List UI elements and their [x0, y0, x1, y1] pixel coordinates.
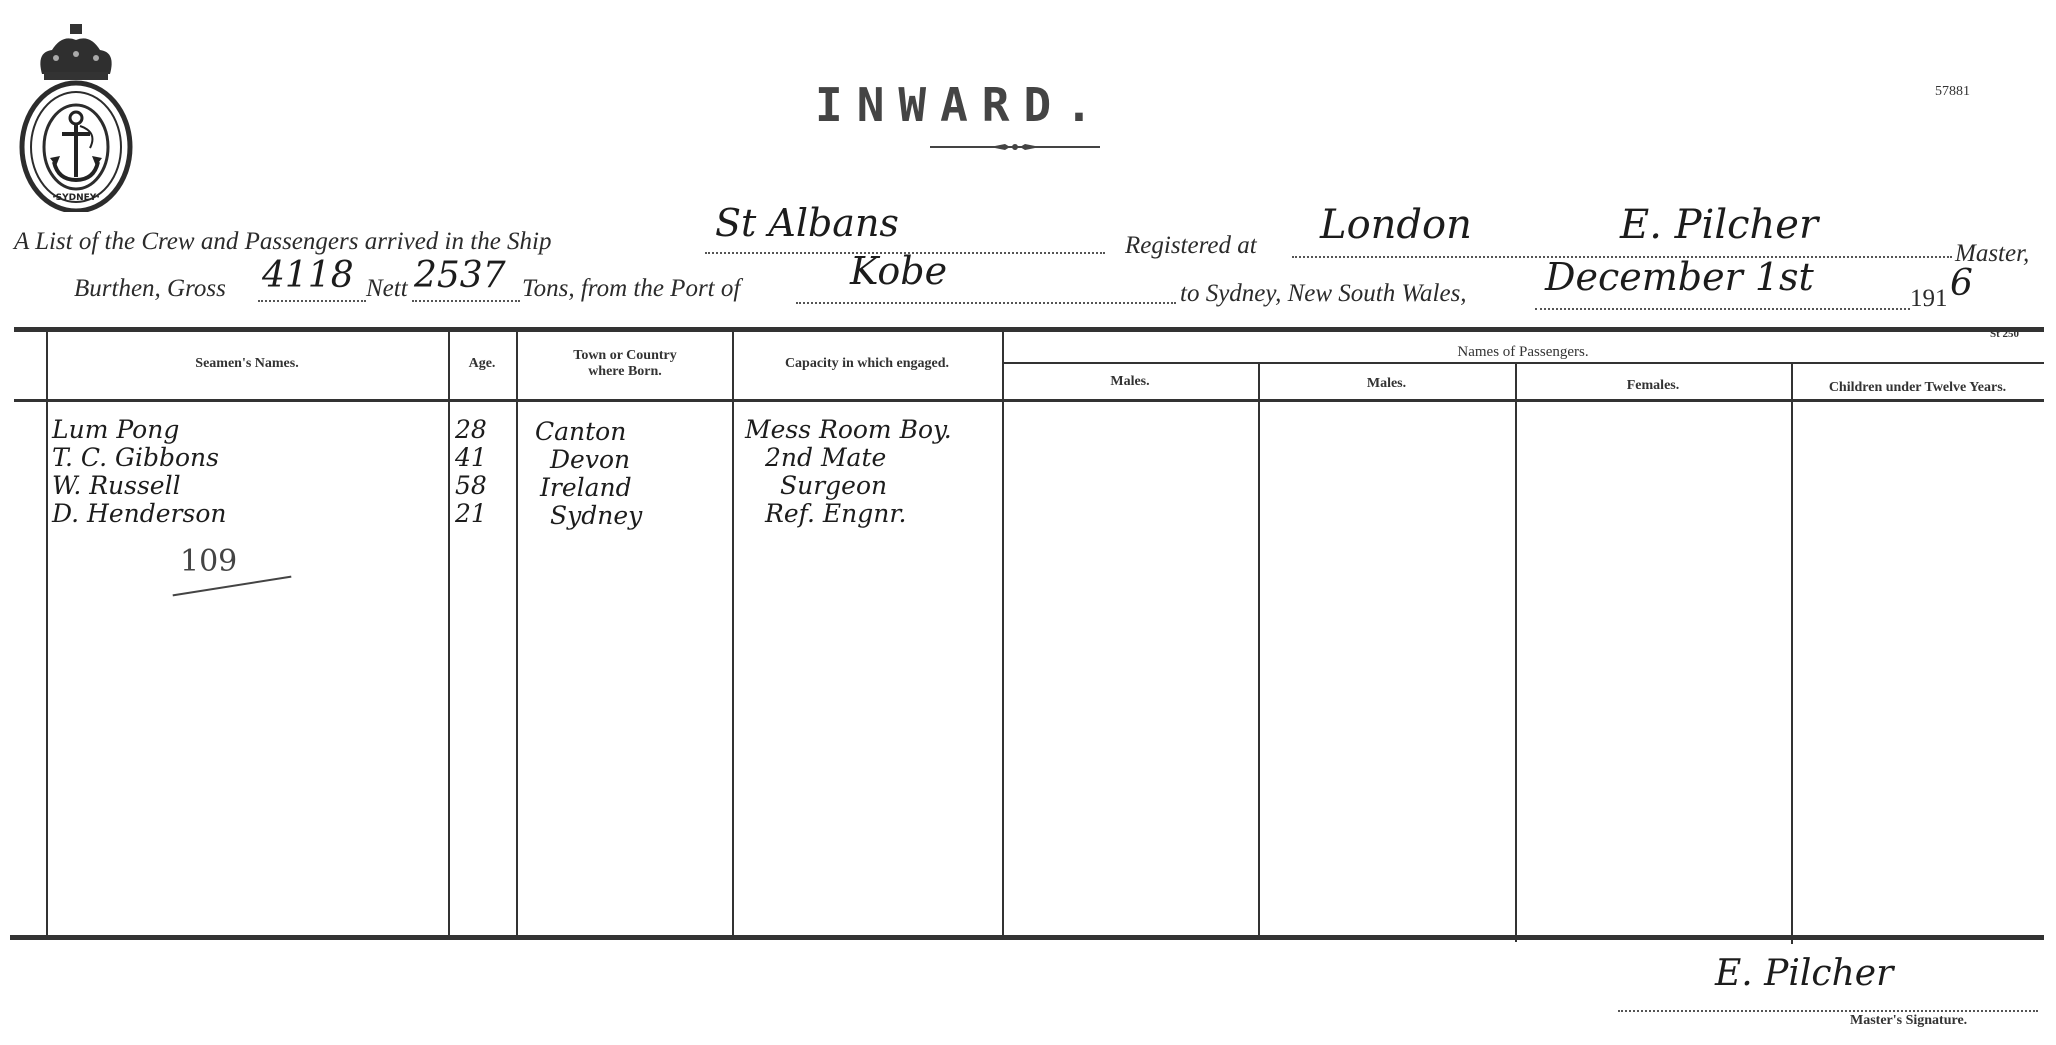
col-divider — [516, 330, 518, 936]
port-field-line — [796, 302, 1176, 304]
gross-field-line — [258, 300, 366, 302]
header-names-of-passengers: Names of Passengers. — [1002, 344, 2044, 360]
nett-label: Nett — [366, 275, 408, 303]
header-seamens-names: Seamen's Names. — [46, 356, 448, 372]
seaman-capacity: Ref. Engnr. — [765, 500, 906, 527]
seaman-name: W. Russell — [52, 472, 181, 499]
svg-text:·SYDNEY·: ·SYDNEY· — [52, 193, 100, 203]
col-divider — [46, 330, 48, 936]
col-divider — [1002, 330, 1004, 938]
seaman-birthplace: Ireland — [540, 474, 632, 501]
registered-at-field: London — [1320, 212, 1472, 239]
seaman-name: T. C. Gibbons — [52, 444, 219, 471]
master-name-field: E. Pilcher — [1620, 212, 1818, 239]
header-age: Age. — [448, 356, 516, 372]
year-prefix: 191 — [1910, 285, 1948, 313]
document-title: INWARD. — [815, 78, 1107, 132]
seaman-capacity: Mess Room Boy. — [745, 416, 952, 443]
seaman-age: 41 — [455, 444, 487, 471]
nett-tonnage-field: 2537 — [414, 262, 506, 289]
header-capacity: Capacity in which engaged. — [732, 356, 1002, 372]
col-divider — [448, 330, 450, 936]
passenger-group-rule — [1002, 362, 2044, 364]
master-signature: E. Pilcher — [1715, 960, 1893, 987]
seaman-name: D. Henderson — [52, 500, 226, 527]
seaman-name: Lum Pong — [52, 416, 179, 443]
col-divider — [732, 330, 734, 936]
gross-tonnage-field: 4118 — [262, 262, 354, 289]
title-flourish-icon — [930, 142, 1100, 152]
col-divider — [1791, 364, 1793, 944]
arrival-date-field: December 1st — [1545, 264, 1814, 291]
crew-list-preamble: A List of the Crew and Passengers arrive… — [14, 228, 552, 256]
header-males-1: Males. — [1002, 374, 1258, 390]
header-females: Females. — [1515, 378, 1791, 394]
header-town-born: Town or Country where Born. — [560, 348, 690, 380]
master-signature-label: Master's Signature. — [1850, 1013, 1967, 1029]
header-males-2: Males. — [1258, 376, 1515, 392]
seaman-capacity: 2nd Mate — [765, 444, 886, 471]
header-children: Children under Twelve Years. — [1791, 380, 2044, 396]
seaman-capacity: Surgeon — [780, 472, 887, 499]
form-code: St 250 — [1990, 328, 2019, 340]
year-suffix-field: 6 — [1950, 270, 1973, 297]
seaman-birthplace: Devon — [550, 446, 630, 473]
seaman-age: 58 — [455, 472, 487, 499]
registered-at-label: Registered at — [1125, 232, 1257, 260]
col-divider — [1515, 364, 1517, 942]
port-of-label: Tons, from the Port of — [522, 275, 740, 303]
anchor-crown-seal-icon: ·SYDNEY· — [18, 22, 136, 212]
ship-name-field: St Albans — [715, 210, 899, 237]
signature-line — [1618, 1010, 2038, 1012]
destination-label: to Sydney, New South Wales, — [1180, 280, 1467, 308]
crew-count-annotation: 109 — [180, 548, 237, 575]
nett-field-line — [412, 300, 520, 302]
table-bottom-rule — [10, 935, 2044, 940]
document-number: 57881 — [1935, 84, 1970, 100]
header-bottom-rule — [14, 399, 2044, 402]
burthen-gross-label: Burthen, Gross — [74, 275, 226, 303]
port-of-origin-field: Kobe — [850, 258, 947, 285]
table-top-rule — [14, 327, 2044, 332]
seaman-birthplace: Sydney — [550, 502, 642, 529]
date-field-line — [1535, 308, 1910, 310]
seaman-age: 21 — [455, 500, 487, 527]
shipping-masters-seal: ·SYDNEY· — [18, 22, 136, 212]
col-divider — [1258, 364, 1260, 940]
seaman-age: 28 — [455, 416, 487, 443]
seaman-birthplace: Canton — [535, 418, 626, 445]
